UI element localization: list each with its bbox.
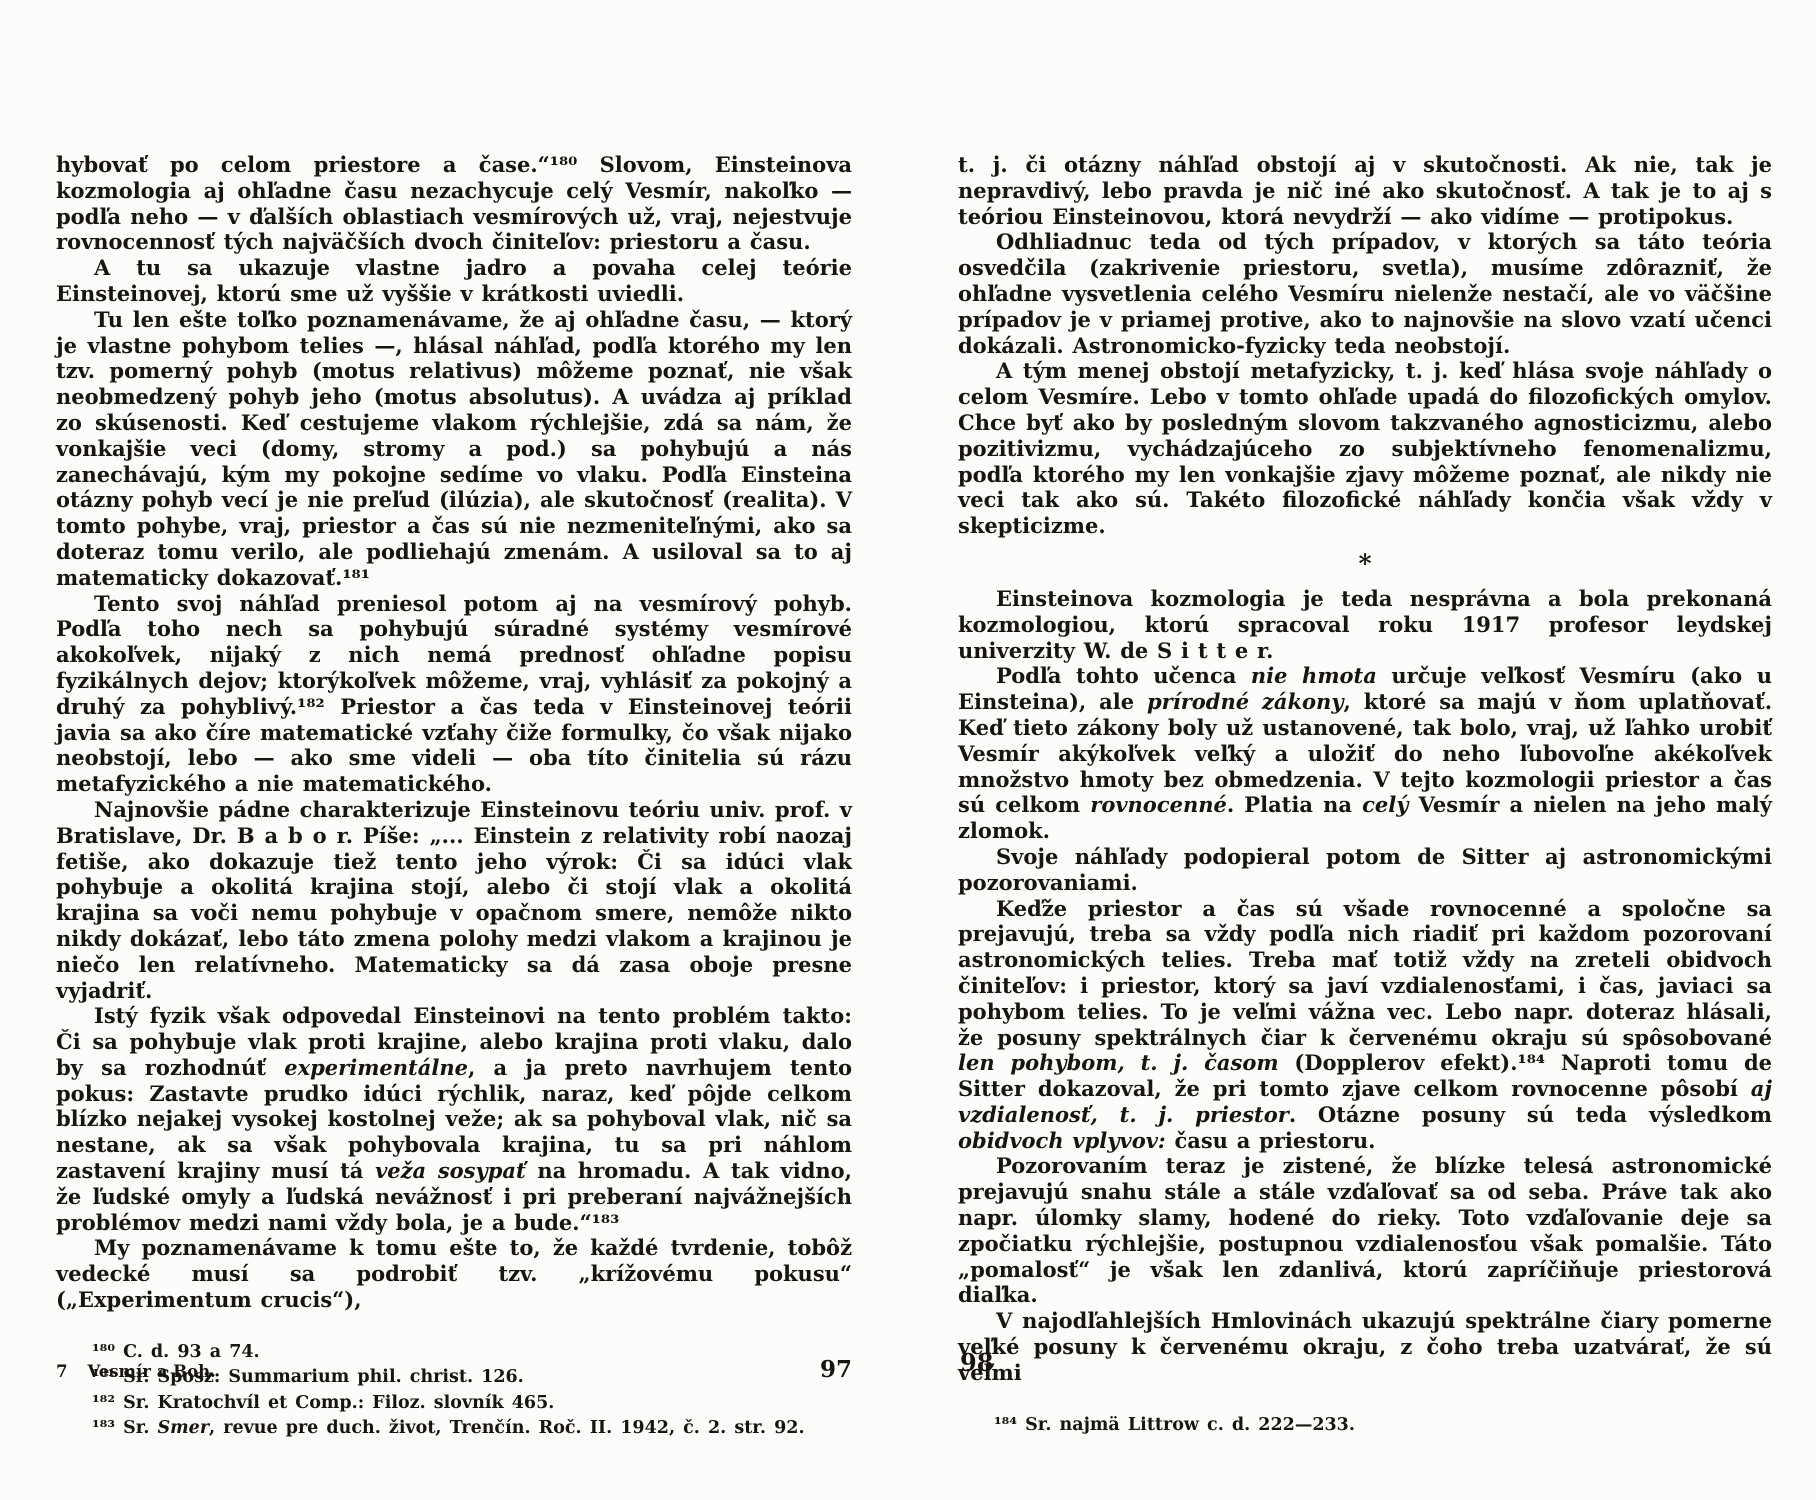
signature-number: 7	[56, 1362, 67, 1381]
page-left: hybovať po celom priestore a čase.“¹⁸⁰ S…	[56, 152, 852, 1500]
footnote: ¹⁸³ Sr. Smer, revue pre duch. život, Tre…	[56, 1416, 852, 1442]
signature-title: Vesmír a Boh.	[87, 1362, 215, 1381]
paragraph: Najnovšie pádne charakterizuje Einsteino…	[56, 797, 852, 1003]
paragraph: t. j. či otázny náhľad obstojí aj v skut…	[958, 152, 1772, 229]
paragraph: Keďže priestor a čas sú všade rovnocenné…	[958, 896, 1772, 1154]
page-right: t. j. či otázny náhľad obstojí aj v skut…	[958, 152, 1772, 1500]
paragraph: Svoje náhľady podopieral potom de Sitter…	[958, 844, 1772, 896]
paragraph: Einsteinova kozmologia je teda nesprávna…	[958, 586, 1772, 663]
paragraph: Pozorovaním teraz je zistené, že blízke …	[958, 1153, 1772, 1308]
page-number: 97	[820, 1356, 852, 1383]
signature: 7Vesmír a Boh.	[56, 1362, 216, 1381]
paragraph: A tu sa ukazuje vlastne jadro a povaha c…	[56, 255, 852, 307]
book-scan-spread: { "meta": { "language": "Slovak", "paper…	[0, 0, 1816, 1500]
footnote: ¹⁸⁴ Sr. najmä Littrow c. d. 222—233.	[958, 1413, 1772, 1439]
paragraph: Tu len ešte toľko poznamenávame, že aj o…	[56, 307, 852, 591]
page-number: 98	[960, 1348, 993, 1377]
page-footer: 7Vesmír a Boh. 97	[56, 1356, 852, 1383]
paragraph: Tento svoj náhľad preniesol potom aj na …	[56, 591, 852, 797]
paragraph: Podľa tohto učenca nie hmota určuje veľk…	[958, 663, 1772, 844]
section-separator-star: *	[958, 552, 1772, 576]
footnote: ¹⁸² Sr. Kratochvíl et Comp.: Filoz. slov…	[56, 1391, 852, 1417]
footnotes: ¹⁸⁴ Sr. najmä Littrow c. d. 222—233.	[958, 1413, 1772, 1439]
paragraph: V najodľahlejších Hmlovinách ukazujú spe…	[958, 1308, 1772, 1385]
paragraph: A tým menej obstojí metafyzicky, t. j. k…	[958, 358, 1772, 539]
paragraph: hybovať po celom priestore a čase.“¹⁸⁰ S…	[56, 152, 852, 255]
page-text: hybovať po celom priestore a čase.“¹⁸⁰ S…	[56, 152, 852, 1313]
paragraph: Odhliadnuc teda od tých prípadov, v ktor…	[958, 229, 1772, 358]
paragraph: My poznamenávame k tomu ešte to, že každ…	[56, 1235, 852, 1312]
page-text: t. j. či otázny náhľad obstojí aj v skut…	[958, 152, 1772, 1386]
paragraph: Istý fyzik však odpovedal Einsteinovi na…	[56, 1003, 852, 1235]
